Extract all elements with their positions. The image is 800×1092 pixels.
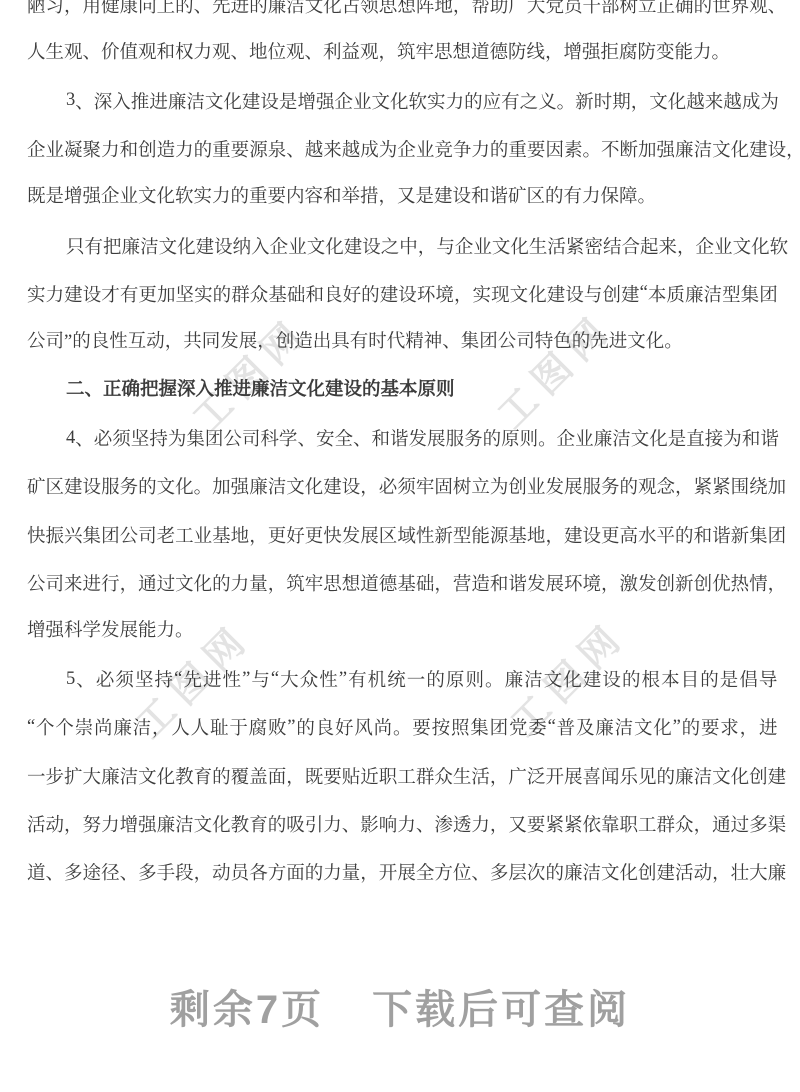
text-line: 快振兴集团公司老工业基地，更好更快发展区域性新型能源基地，建设更高水平的和谐新集… — [27, 511, 778, 559]
text-line: 道、多途径、多手段，动员各方面的力量，开展全方位、多层次的廉洁文化创建活动，壮大… — [27, 848, 778, 896]
text-line: 只有把廉洁文化建设纳入企业文化建设之中，与企业文化生活紧密结合起来，企业文化软 — [27, 221, 778, 269]
text-line: 公司”的良性互动，共同发展，创造出具有时代精神、集团公司特色的先进文化。 — [27, 318, 778, 366]
document-page: 工图网工图网工图网工图网 陋习，用健康向上的、先进的廉洁文化占领思想阵地，帮助广… — [0, 0, 800, 1092]
heading-line: 二、正确把握深入推进廉洁文化建设的基本原则 — [27, 366, 778, 414]
document-body: 陋习，用健康向上的、先进的廉洁文化占领思想阵地，帮助广大党员干部树立正确的世界观… — [27, 0, 778, 896]
text-line: 人生观、价值观和权力观、地位观、利益观，筑牢思想道德防线，增强拒腐防变能力。 — [27, 29, 778, 77]
download-hint-label: 下载后可查阅 — [372, 988, 630, 1032]
text-line: 5、必须坚持“先进性”与“大众性”有机统一的原则。廉洁文化建设的根本目的是倡导 — [27, 655, 778, 703]
text-line: 3、深入推进廉洁文化建设是增强企业文化软实力的应有之义。新时期，文化越来越成为 — [27, 77, 778, 125]
text-line: “个个崇尚廉洁，人人耻于腐败”的良好风尚。要按照集团党委“普及廉洁文化”的要求，… — [27, 703, 778, 751]
pagination-banner[interactable]: 剩余7页下载后可查阅 — [0, 988, 800, 1032]
text-line: 4、必须坚持为集团公司科学、安全、和谐发展服务的原则。企业廉洁文化是直接为和谐 — [27, 414, 778, 462]
text-line: 一步扩大廉洁文化教育的覆盖面，既要贴近职工群众生活，广泛开展喜闻乐见的廉洁文化创… — [27, 752, 778, 800]
remaining-pages-label: 剩余7页 — [170, 988, 324, 1032]
text-line: 公司来进行，通过文化的力量，筑牢思想道德基础，营造和谐发展环境，激发创新创优热情… — [27, 559, 778, 607]
text-line: 企业凝聚力和创造力的重要源泉、越来越成为企业竞争力的重要因素。不断加强廉洁文化建… — [27, 125, 778, 173]
text-line: 活动，努力增强廉洁文化教育的吸引力、影响力、渗透力，又要紧紧依靠职工群众，通过多… — [27, 800, 778, 848]
text-line: 增强科学发展能力。 — [27, 607, 778, 655]
text-line: 陋习，用健康向上的、先进的廉洁文化占领思想阵地，帮助广大党员干部树立正确的世界观… — [27, 0, 778, 29]
text-line: 矿区建设服务的文化。加强廉洁文化建设，必须牢固树立为创业发展服务的观念，紧紧围绕… — [27, 462, 778, 510]
text-line: 既是增强企业文化软实力的重要内容和举措，又是建设和谐矿区的有力保障。 — [27, 173, 778, 221]
text-line: 实力建设才有更加坚实的群众基础和良好的建设环境，实现文化建设与创建“本质廉洁型集… — [27, 270, 778, 318]
